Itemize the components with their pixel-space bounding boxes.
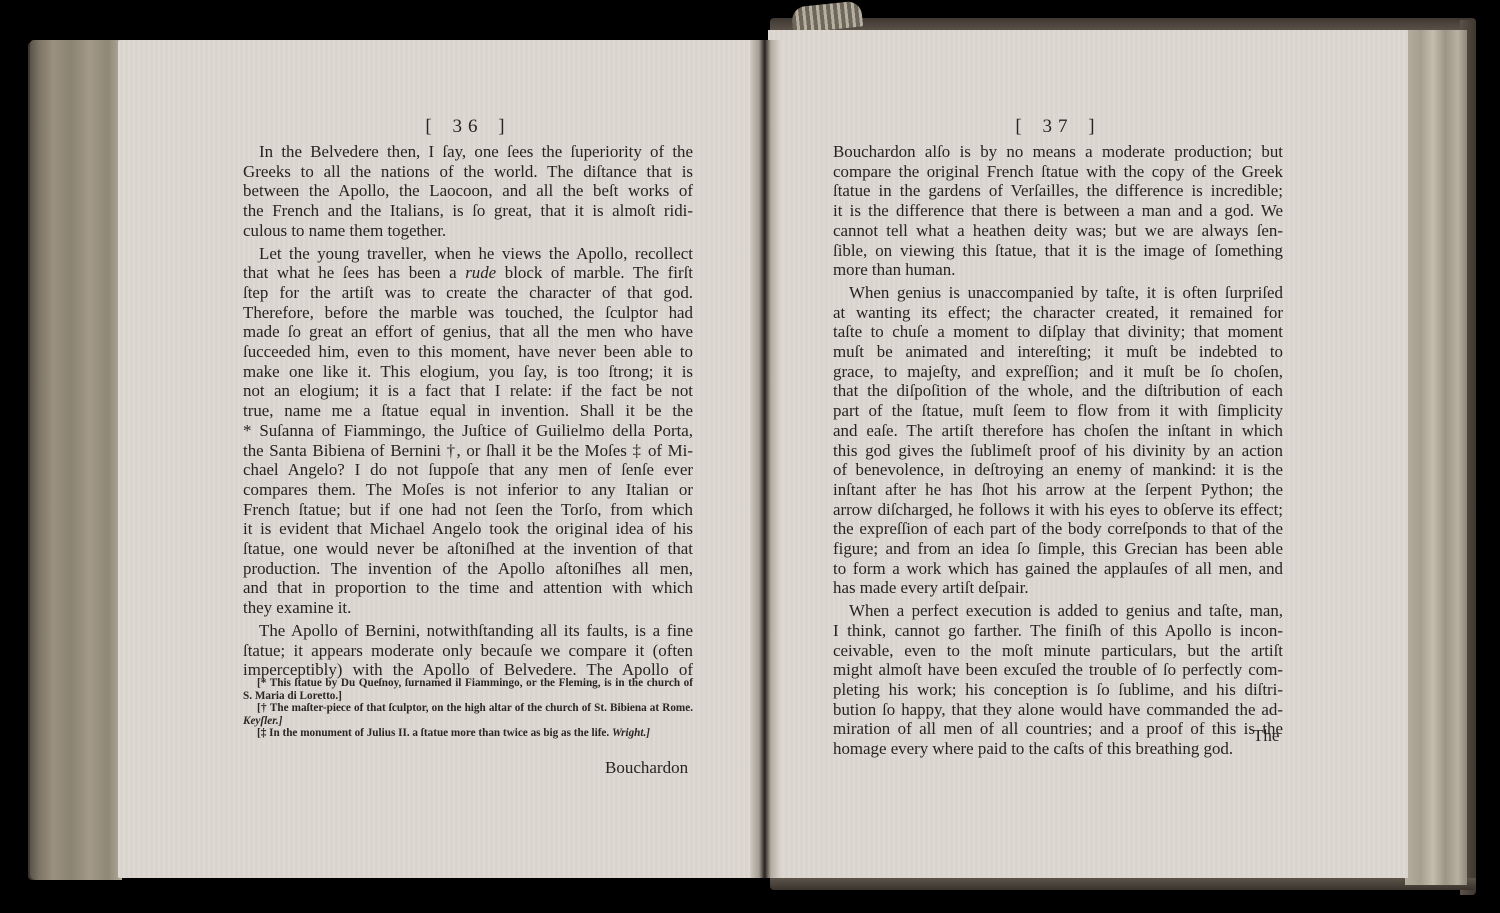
text-line: made ſo great an effort of genius, that …	[243, 322, 693, 342]
right-page-text: [ 37 ] Bouchardon alſo is by no means a …	[833, 112, 1283, 762]
text-line: cannot tell what a heathen deity was; bu…	[833, 221, 1283, 241]
text-line: culous to name them together.	[243, 221, 693, 241]
text-line: chael Angelo? I do not ſuppoſe that any …	[243, 460, 693, 480]
footnote-dagger: [† The maſter-piece of that ſculptor, on…	[243, 702, 693, 727]
text-line: this god gives the ſublimeſt proof of hi…	[833, 441, 1283, 461]
page-number-37: [ 37 ]	[833, 112, 1283, 142]
left-page-block-edge	[30, 40, 122, 880]
catchword-left: Bouchardon	[605, 758, 688, 778]
text-line: Let the young traveller, when he views t…	[243, 244, 693, 264]
text-line: and that in proportion to the time and a…	[243, 578, 693, 598]
text-line: Therefore, before the marble was touched…	[243, 303, 693, 323]
text-line: grace, to majeſty, and expreſſion; and i…	[833, 362, 1283, 382]
footnotes: [* This ſtatue by Du Queſnoy, ſurnamed i…	[243, 677, 693, 740]
text-line: ſtatue in the gardens of Verſailles, the…	[833, 181, 1283, 201]
text-line: that what he ſees has been a rude block …	[243, 263, 693, 283]
text-line: has made every artiſt deſpair.	[833, 578, 1283, 598]
text-line: of benevolence, in deſtroying an enemy o…	[833, 460, 1283, 480]
paragraph: Let the young traveller, when he views t…	[243, 244, 693, 618]
text-line: at wanting its effect; the character cre…	[833, 303, 1283, 323]
text-line: might almoſt have been excuſed the troub…	[833, 660, 1283, 680]
text-line: muſt be animated and intereſting; it muſ…	[833, 342, 1283, 362]
footnote-attribution: Wright.]	[612, 727, 650, 739]
text-line: ceivable, even to the moſt minute partic…	[833, 641, 1283, 661]
text-line: ſtatue, one would never be aſtoniſhed at…	[243, 539, 693, 559]
text-run: [‡ In the monument of Julius II. a ſtatu…	[257, 727, 612, 739]
text-line: the French and the Italians, is ſo great…	[243, 201, 693, 221]
footnote-line: [† The maſter-piece of that ſculptor, on…	[243, 702, 693, 715]
text-line: pleting his work; his conception is ſo ſ…	[833, 680, 1283, 700]
paragraph: When a perfect execution is added to gen…	[833, 601, 1283, 759]
paragraph: The Apollo of Bernini, notwithſtanding a…	[243, 621, 693, 680]
paragraph: Bouchardon alſo is by no means a moderat…	[833, 142, 1283, 280]
text-line: it is evident that Michael Angelo took t…	[243, 519, 693, 539]
text-line: part of the ſtatue, muſt ſeem to flow fr…	[833, 401, 1283, 421]
text-line: The Apollo of Bernini, notwithſtanding a…	[243, 621, 693, 641]
italic-word: rude	[465, 263, 496, 282]
catchword-right: The	[1253, 726, 1279, 746]
footnote-line: S. Maria di Loretto.]	[243, 690, 693, 703]
book-gutter	[750, 40, 780, 878]
text-line: and eaſe. The artiſt therefore has choſe…	[833, 421, 1283, 441]
text-line: between the Apollo, the Laocoon, and all…	[243, 181, 693, 201]
footnote-line: [‡ In the monument of Julius II. a ſtatu…	[243, 727, 693, 740]
text-line: the Santa Bibiena of Bernini †, or ſhall…	[243, 441, 693, 461]
text-line: the expreſſion of each part of the body …	[833, 519, 1283, 539]
footnote-line: Keyſler.]	[243, 715, 693, 728]
text-line: In the Belvedere then, I ſay, one ſees t…	[243, 142, 693, 162]
open-book: [ 36 ] In the Belvedere then, I ſay, one…	[0, 0, 1500, 913]
text-line: to form a work which has gained the appl…	[833, 559, 1283, 579]
text-line: miration of all men of all countries; an…	[833, 719, 1283, 739]
text-line: taſte to chuſe a moment to diſplay that …	[833, 322, 1283, 342]
text-line: production. The invention of the Apollo …	[243, 559, 693, 579]
paragraph: In the Belvedere then, I ſay, one ſees t…	[243, 142, 693, 241]
text-line: that the diſpoſition of the whole, and t…	[833, 381, 1283, 401]
text-line: they examine it.	[243, 598, 693, 618]
text-line: not an elogium; it is a fact that I rela…	[243, 381, 693, 401]
footnote-line: [* This ſtatue by Du Queſnoy, ſurnamed i…	[243, 677, 693, 690]
text-line: bution ſo happy, that they alone would h…	[833, 700, 1283, 720]
text-line: ſtep for the artiſt was to create the ch…	[243, 283, 693, 303]
text-line: compares them. The Moſes is not inferior…	[243, 480, 693, 500]
right-cover-bottom-edge	[770, 878, 1476, 890]
text-line: ſtatue; it appears moderate only becauſe…	[243, 641, 693, 661]
text-line: homage every where paid to the caſts of …	[833, 739, 1283, 759]
right-page-block-edge	[1405, 30, 1467, 885]
text-line: make one like it. This elogium, you ſay,…	[243, 362, 693, 382]
text-line: French ſtatue; but if one had not ſeen t…	[243, 500, 693, 520]
footnote-double-dagger: [‡ In the monument of Julius II. a ſtatu…	[243, 727, 693, 740]
text-line: * Suſanna of Fiammingo, the Juſtice of G…	[243, 421, 693, 441]
text-line: Bouchardon alſo is by no means a moderat…	[833, 142, 1283, 162]
text-line: it is the difference that there is betwe…	[833, 201, 1283, 221]
footnote-asterisk: [* This ſtatue by Du Queſnoy, ſurnamed i…	[243, 677, 693, 702]
text-line: Greeks to all the nations of the world. …	[243, 162, 693, 182]
page-number-36: [ 36 ]	[243, 112, 693, 142]
text-line: ſible, on viewing this ſtatue, that it i…	[833, 241, 1283, 261]
text-line: ſucceeded him, even to this moment, have…	[243, 342, 693, 362]
paragraph: When genius is unaccompanied by taſte, i…	[833, 283, 1283, 598]
text-line: true, name me a ſtatue equal in inventio…	[243, 401, 693, 421]
text-run: block of marble. The firſt	[496, 263, 693, 282]
text-line: I think, cannot go farther. The finiſh o…	[833, 621, 1283, 641]
text-line: inſtant after he has ſhot his arrow at t…	[833, 480, 1283, 500]
text-run: that what he ſees has been a	[243, 263, 465, 282]
text-line: more than human.	[833, 260, 1283, 280]
text-line: When genius is unaccompanied by taſte, i…	[833, 283, 1283, 303]
text-line: figure; and from an idea ſo ſimple, this…	[833, 539, 1283, 559]
text-line: When a perfect execution is added to gen…	[833, 601, 1283, 621]
text-line: compare the original French ſtatue with …	[833, 162, 1283, 182]
left-page-text: [ 36 ] In the Belvedere then, I ſay, one…	[243, 112, 693, 683]
text-line: arrow diſcharged, he follows it with his…	[833, 500, 1283, 520]
